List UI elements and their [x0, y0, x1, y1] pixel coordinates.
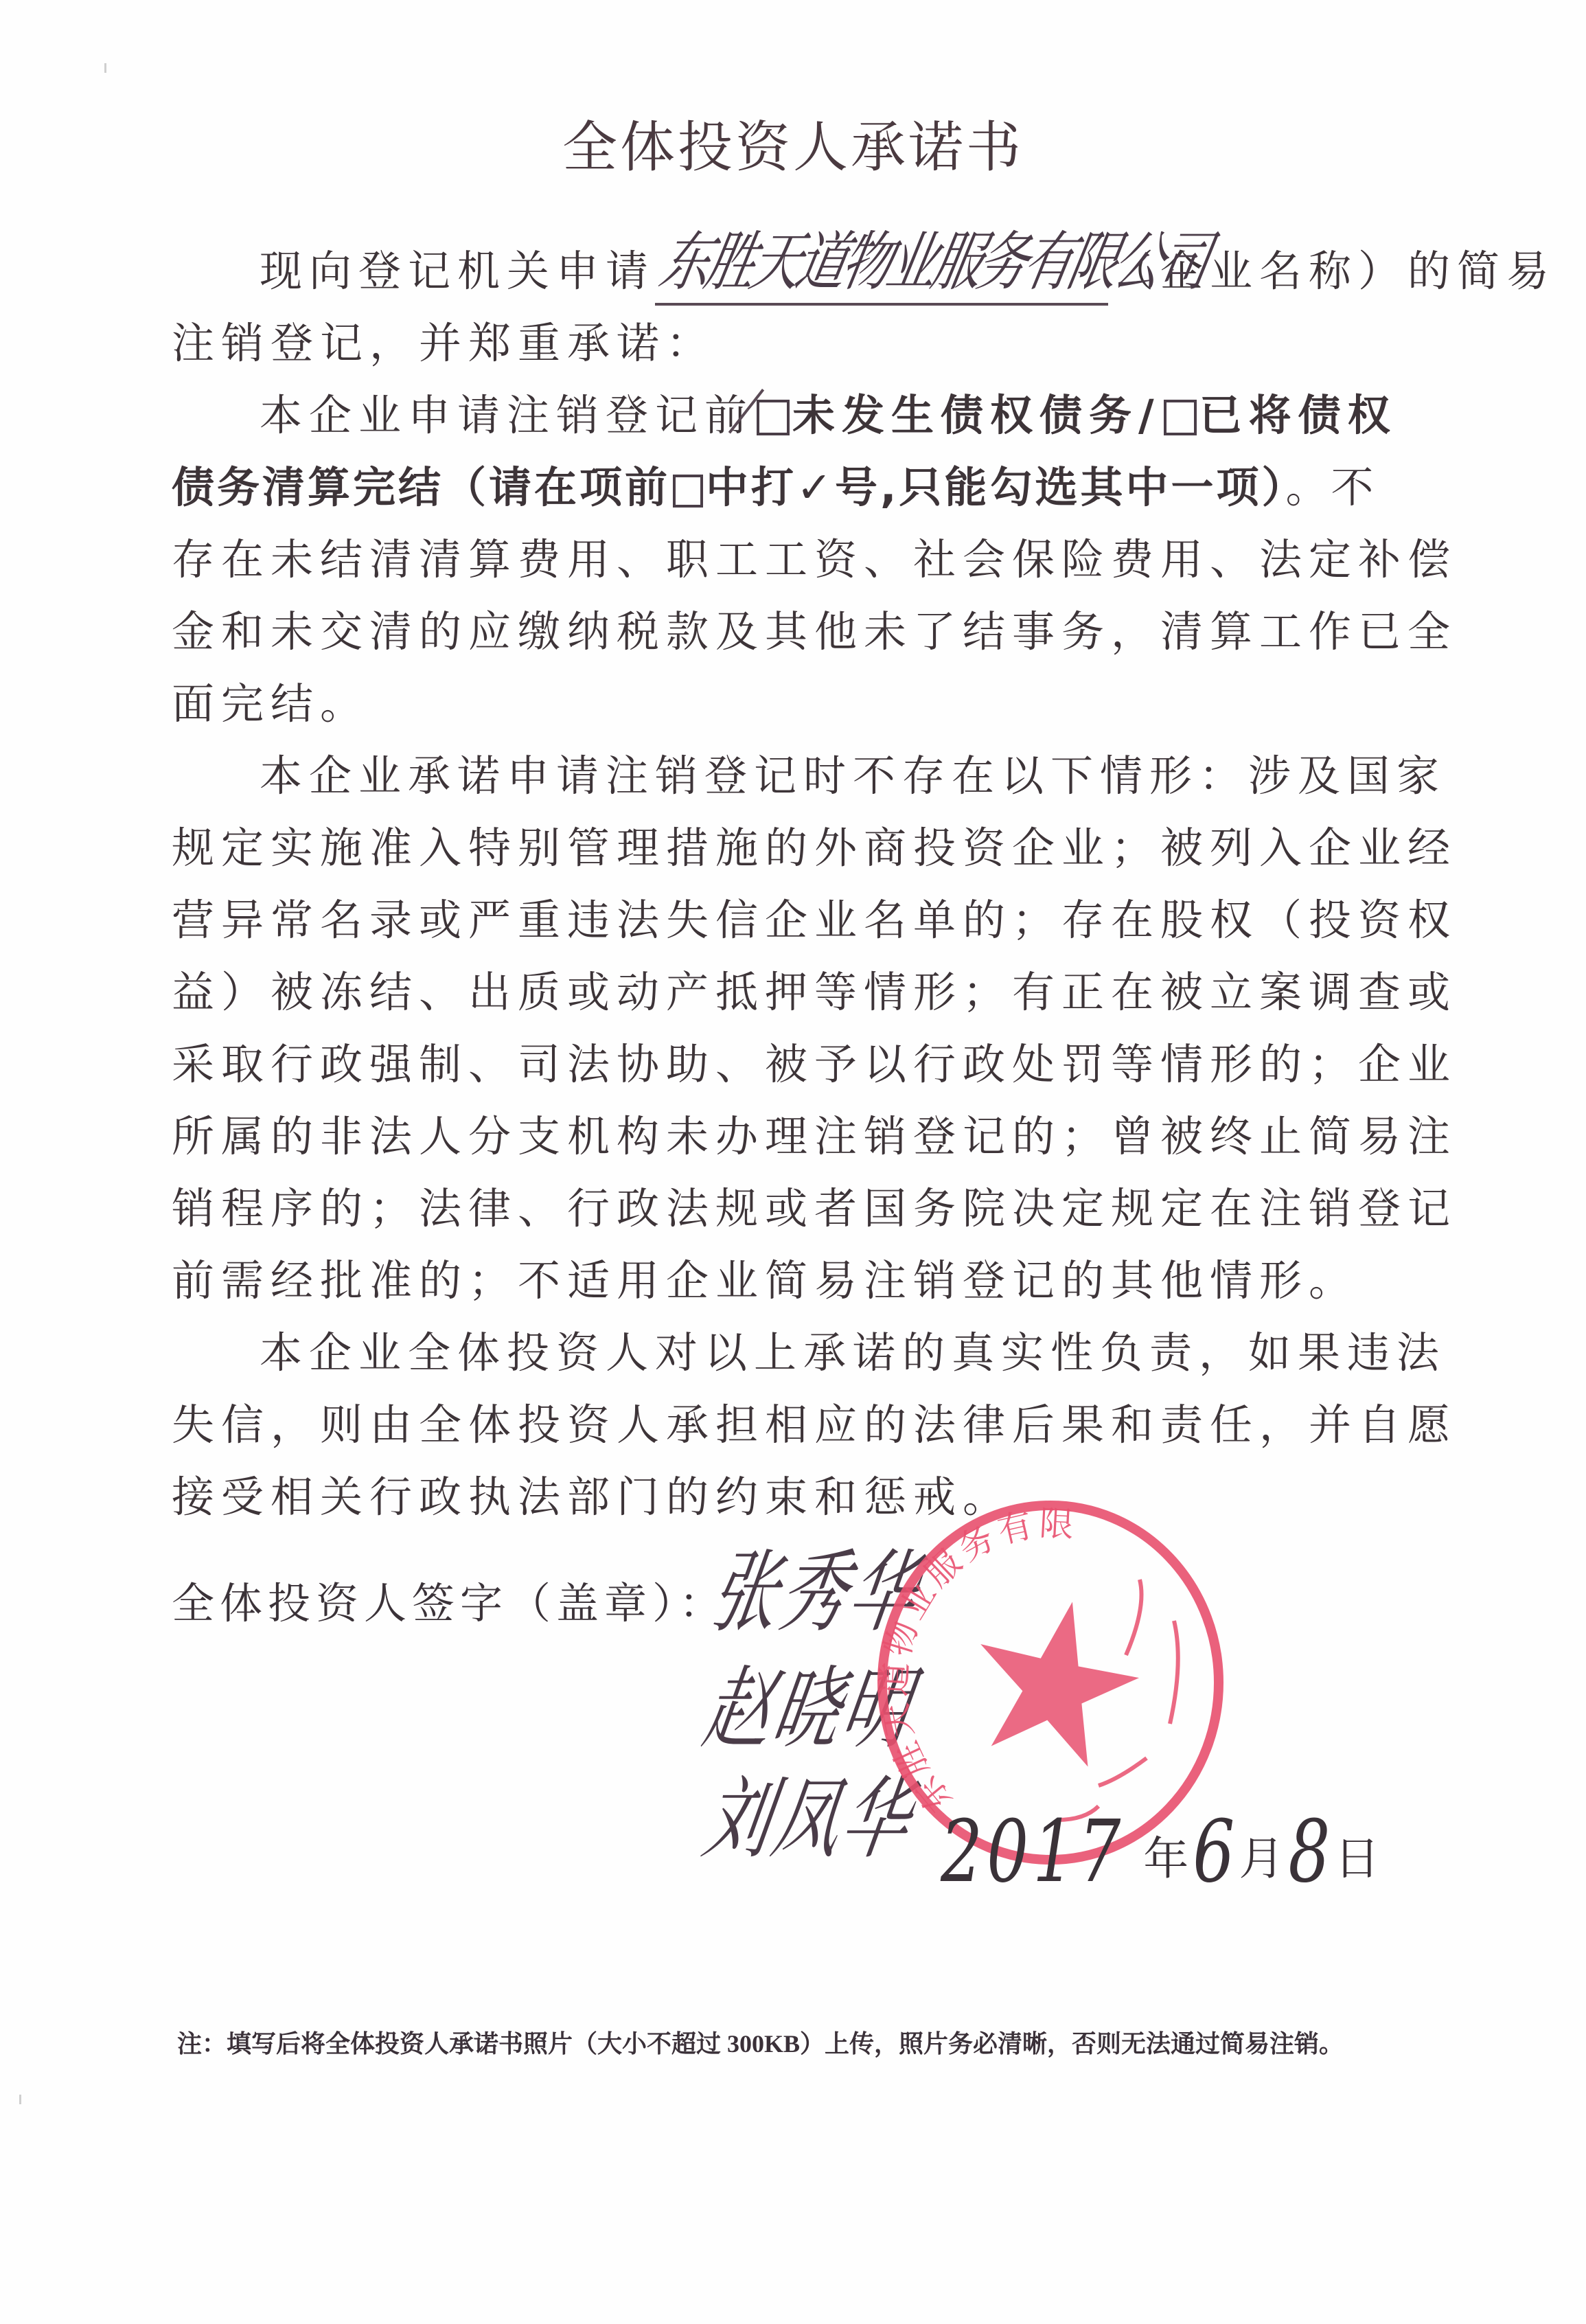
p1-line1-prefix: 本企业申请注销登记前	[260, 390, 754, 440]
star-icon	[961, 1585, 1152, 1773]
p2-line-5: 采取行政强制、司法协助、被予以行政处罚等情形的；企业	[172, 1030, 1407, 1099]
intro-line-2: 注销登记，并郑重承诺：	[172, 309, 1407, 378]
date-day: 8	[1288, 1801, 1334, 1902]
date-year-unit: 年	[1143, 1832, 1193, 1885]
date-year: 2017	[941, 1801, 1125, 1902]
date-month-unit: 月	[1239, 1832, 1288, 1885]
p1-line-4: 金和未交清的应缴纳税款及其他未了结事务，清算工作已全	[172, 597, 1407, 666]
p2-line-3: 营异常名录或严重违法失信企业名单的；存在股权（投资权	[172, 886, 1407, 955]
company-name-handwritten: 东胜天道物业服务有限公司	[652, 217, 1215, 306]
document-title: 全体投资人承诺书	[0, 103, 1586, 182]
option-no-debts-label: 未发生债权债务/	[792, 390, 1161, 440]
p2-line-1: 本企业承诺申请注销登记时不存在以下情形：涉及国家	[260, 742, 1407, 810]
intro-line-1: 现向登记机关申请东胜天道物业服务有限公司（企业名称）的简易	[260, 237, 1407, 306]
intro-prefix: 现向登记机关申请	[260, 246, 655, 296]
p1-line-5: 面完结。	[172, 670, 1407, 738]
p2-line-2: 规定实施准入特别管理措施的外商投资企业；被列入企业经	[172, 814, 1407, 882]
date-month: 6	[1193, 1801, 1239, 1902]
p1-line-3: 存在未结清清算费用、职工工资、社会保险费用、法定补偿	[172, 525, 1407, 594]
date-day-unit: 日	[1334, 1832, 1383, 1885]
p2-line-4: 益）被冻结、出质或动产抵押等情形；有正在被立案调查或	[172, 958, 1407, 1027]
instruction-checkbox-icon	[673, 475, 703, 508]
option-debts-settled-checkbox[interactable]	[1164, 400, 1197, 435]
p1-line-2: 债务清算完结（请在项前中打✓号,只能勾选其中一项）。不	[172, 453, 1407, 522]
p2-line-7: 销程序的；法律、行政法规或者国务院决定规定在注销登记	[172, 1174, 1407, 1243]
p1-line2-bold-suffix: 中打✓号,只能勾选其中一项）	[706, 462, 1286, 512]
p2-line-8: 前需经批准的；不适用企业简易注销登记的其他情形。	[172, 1246, 1407, 1315]
document-page: 全体投资人承诺书 现向登记机关申请东胜天道物业服务有限公司（企业名称）的简易 注…	[0, 0, 1586, 2324]
p1-line2-bold-prefix: 债务清算完结（请在项前	[172, 462, 670, 512]
p1-line2-tail: 。不	[1286, 462, 1377, 512]
scan-speck	[104, 63, 106, 73]
p1-line-1: 本企业申请注销登记前未发生债权债务/已将债权	[260, 381, 1407, 450]
p2-line-6: 所属的非法人分支机构未办理注销登记的；曾被终止简易注	[172, 1102, 1407, 1171]
option-debts-settled-label: 已将债权	[1199, 390, 1397, 440]
footnote: 注：填写后将全体投资人承诺书照片（大小不超过 300KB）上传，照片务必清晰，否…	[177, 2025, 1344, 2060]
scan-speck	[19, 2095, 21, 2104]
p3-line-1: 本企业全体投资人对以上承诺的真实性负责，如果违法	[260, 1319, 1407, 1387]
date: 2017 年6月8日	[941, 1813, 1383, 1890]
signature-label: 全体投资人签字（盖章）：	[172, 1569, 727, 1630]
p3-line-2: 失信，则由全体投资人承担相应的法律后果和责任，并自愿	[172, 1391, 1407, 1459]
option-no-debts-checkbox[interactable]	[757, 400, 790, 435]
company-name-field: 东胜天道物业服务有限公司	[655, 248, 1108, 306]
